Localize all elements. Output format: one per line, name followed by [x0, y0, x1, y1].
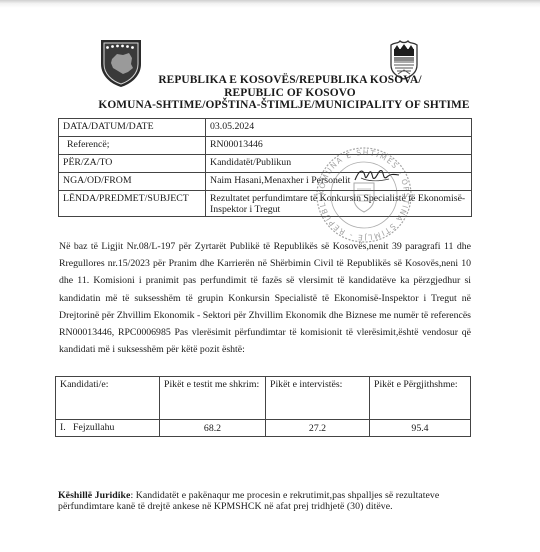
meta-label: LËNDA/PREDMET/SUBJECT — [59, 191, 206, 217]
meta-label: DATA/DATUM/DATE — [59, 119, 206, 137]
legal-advice: Këshillë Juridike: Kandidatët e pakënaqu… — [58, 490, 478, 512]
col-header-written-test: Pikët e testit me shkrim: — [160, 377, 266, 420]
meta-row-reference: Referencë; RN00013446 — [59, 137, 472, 155]
meta-row-subject: LËNDA/PREDMET/SUBJECT Rezultatet perfund… — [59, 191, 472, 217]
letterhead-line-2: REPUBLIC OF KOSOVO — [0, 87, 540, 100]
results-header-row: Kandidati/e: Pikët e testit me shkrim: P… — [56, 377, 471, 420]
cell-total-score: 95.4 — [370, 420, 471, 437]
meta-value-from: Naim Hasani,Menaxher i Personelit — [206, 173, 472, 191]
letterhead-line-1: REPUBLIKA E KOSOVËS/REPUBLIKA KOSOVA/ — [0, 74, 540, 87]
legal-advice-label: Këshillë Juridike — [58, 490, 130, 501]
document-meta-table: DATA/DATUM/DATE 03.05.2024 Referencë; RN… — [58, 118, 472, 217]
meta-label: NGA/OD/FROM — [59, 173, 206, 191]
meta-row-date: DATA/DATUM/DATE 03.05.2024 — [59, 119, 472, 137]
meta-value-date: 03.05.2024 — [206, 119, 472, 137]
table-row: I. Fejzullahu 68.2 27.2 95.4 — [56, 420, 471, 437]
page-top-shadow — [0, 0, 540, 8]
col-header-candidate: Kandidati/e: — [56, 377, 160, 420]
decision-paragraph: Në baz të Ligjit Nr.08/L-197 për Zyrtarë… — [59, 238, 471, 358]
meta-row-to: PËR/ZA/TO Kandidatët/Publikun — [59, 155, 472, 173]
cell-candidate: I. Fejzullahu — [56, 420, 160, 437]
meta-label: Referencë; — [59, 137, 206, 155]
letterhead: REPUBLIKA E KOSOVËS/REPUBLIKA KOSOVA/ RE… — [0, 74, 540, 112]
cell-written-score: 68.2 — [160, 420, 266, 437]
meta-value-reference: RN00013446 — [206, 137, 472, 155]
meta-row-from: NGA/OD/FROM Naim Hasani,Menaxher i Perso… — [59, 173, 472, 191]
col-header-total: Pikët e Përgjithshme: — [370, 377, 471, 420]
meta-value-to: Kandidatët/Publikun — [206, 155, 472, 173]
results-table: Kandidati/e: Pikët e testit me shkrim: P… — [55, 376, 471, 437]
letterhead-line-3: KOMUNA-SHTIME/OPŠTINA-ŠTIMLJE/MUNICIPALI… — [0, 99, 540, 112]
meta-value-subject: Rezultatet perfundimtare të Konkursin Sp… — [206, 191, 472, 217]
meta-label: PËR/ZA/TO — [59, 155, 206, 173]
col-header-interview: Pikët e intervistës: — [266, 377, 370, 420]
cell-interview-score: 27.2 — [266, 420, 370, 437]
